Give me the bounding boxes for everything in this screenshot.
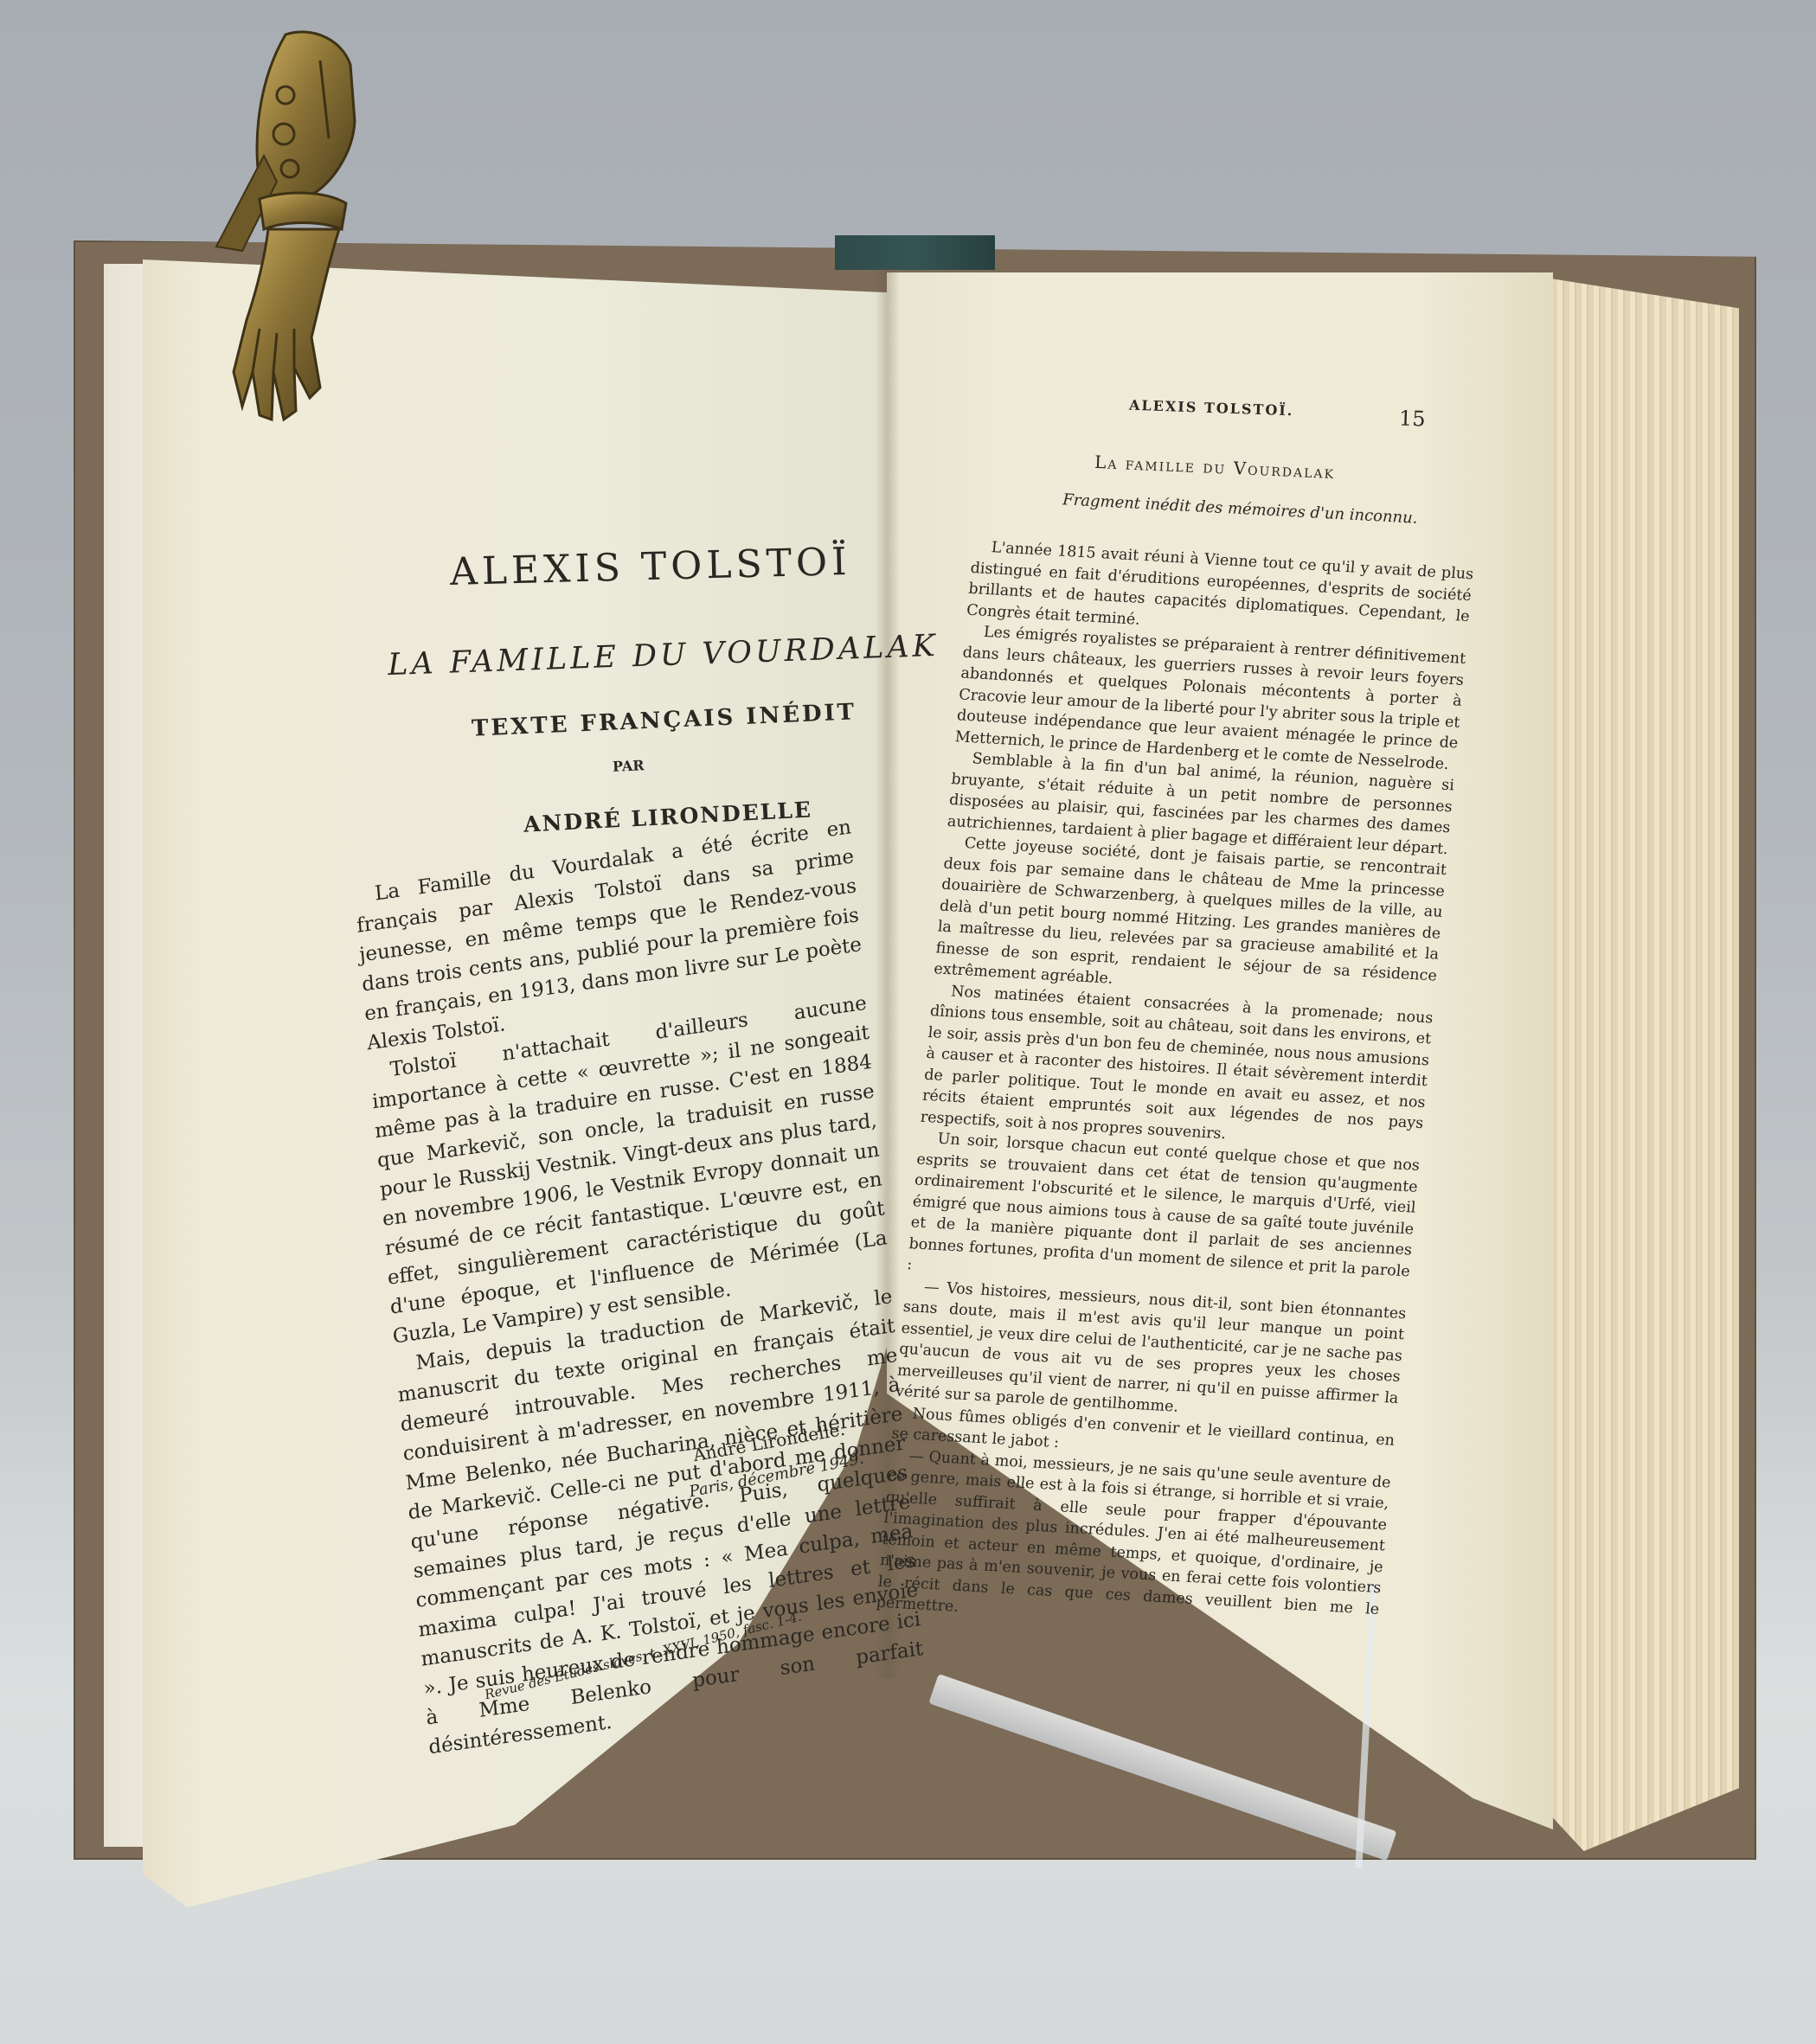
right-page-stack (1540, 277, 1739, 1851)
right-page-body: L'année 1815 avait réuni à Vienne tout c… (876, 536, 1474, 1641)
right-page-number: 15 (1399, 406, 1427, 431)
book-spine-headband (835, 235, 995, 270)
left-page-par: PAR (613, 757, 645, 775)
left-page-introduction: La Famille du Vourdalak a été écrite en … (353, 812, 927, 1762)
body-paragraph: Cette joyeuse société, dont je faisais p… (933, 832, 1447, 1008)
body-paragraph: — Quant à moi, messieurs, je ne sais qu'… (876, 1445, 1392, 1642)
brass-hand-icon (182, 26, 407, 433)
brass-hand-clip (182, 26, 407, 433)
body-paragraph: Nos matinées étaient consacrées à la pro… (920, 980, 1434, 1156)
intro-paragraph: Mais, depuis la traduction de Markevič, … (394, 1282, 927, 1763)
body-paragraph: Un soir, lorsque chacun eut conté quelqu… (906, 1128, 1421, 1304)
